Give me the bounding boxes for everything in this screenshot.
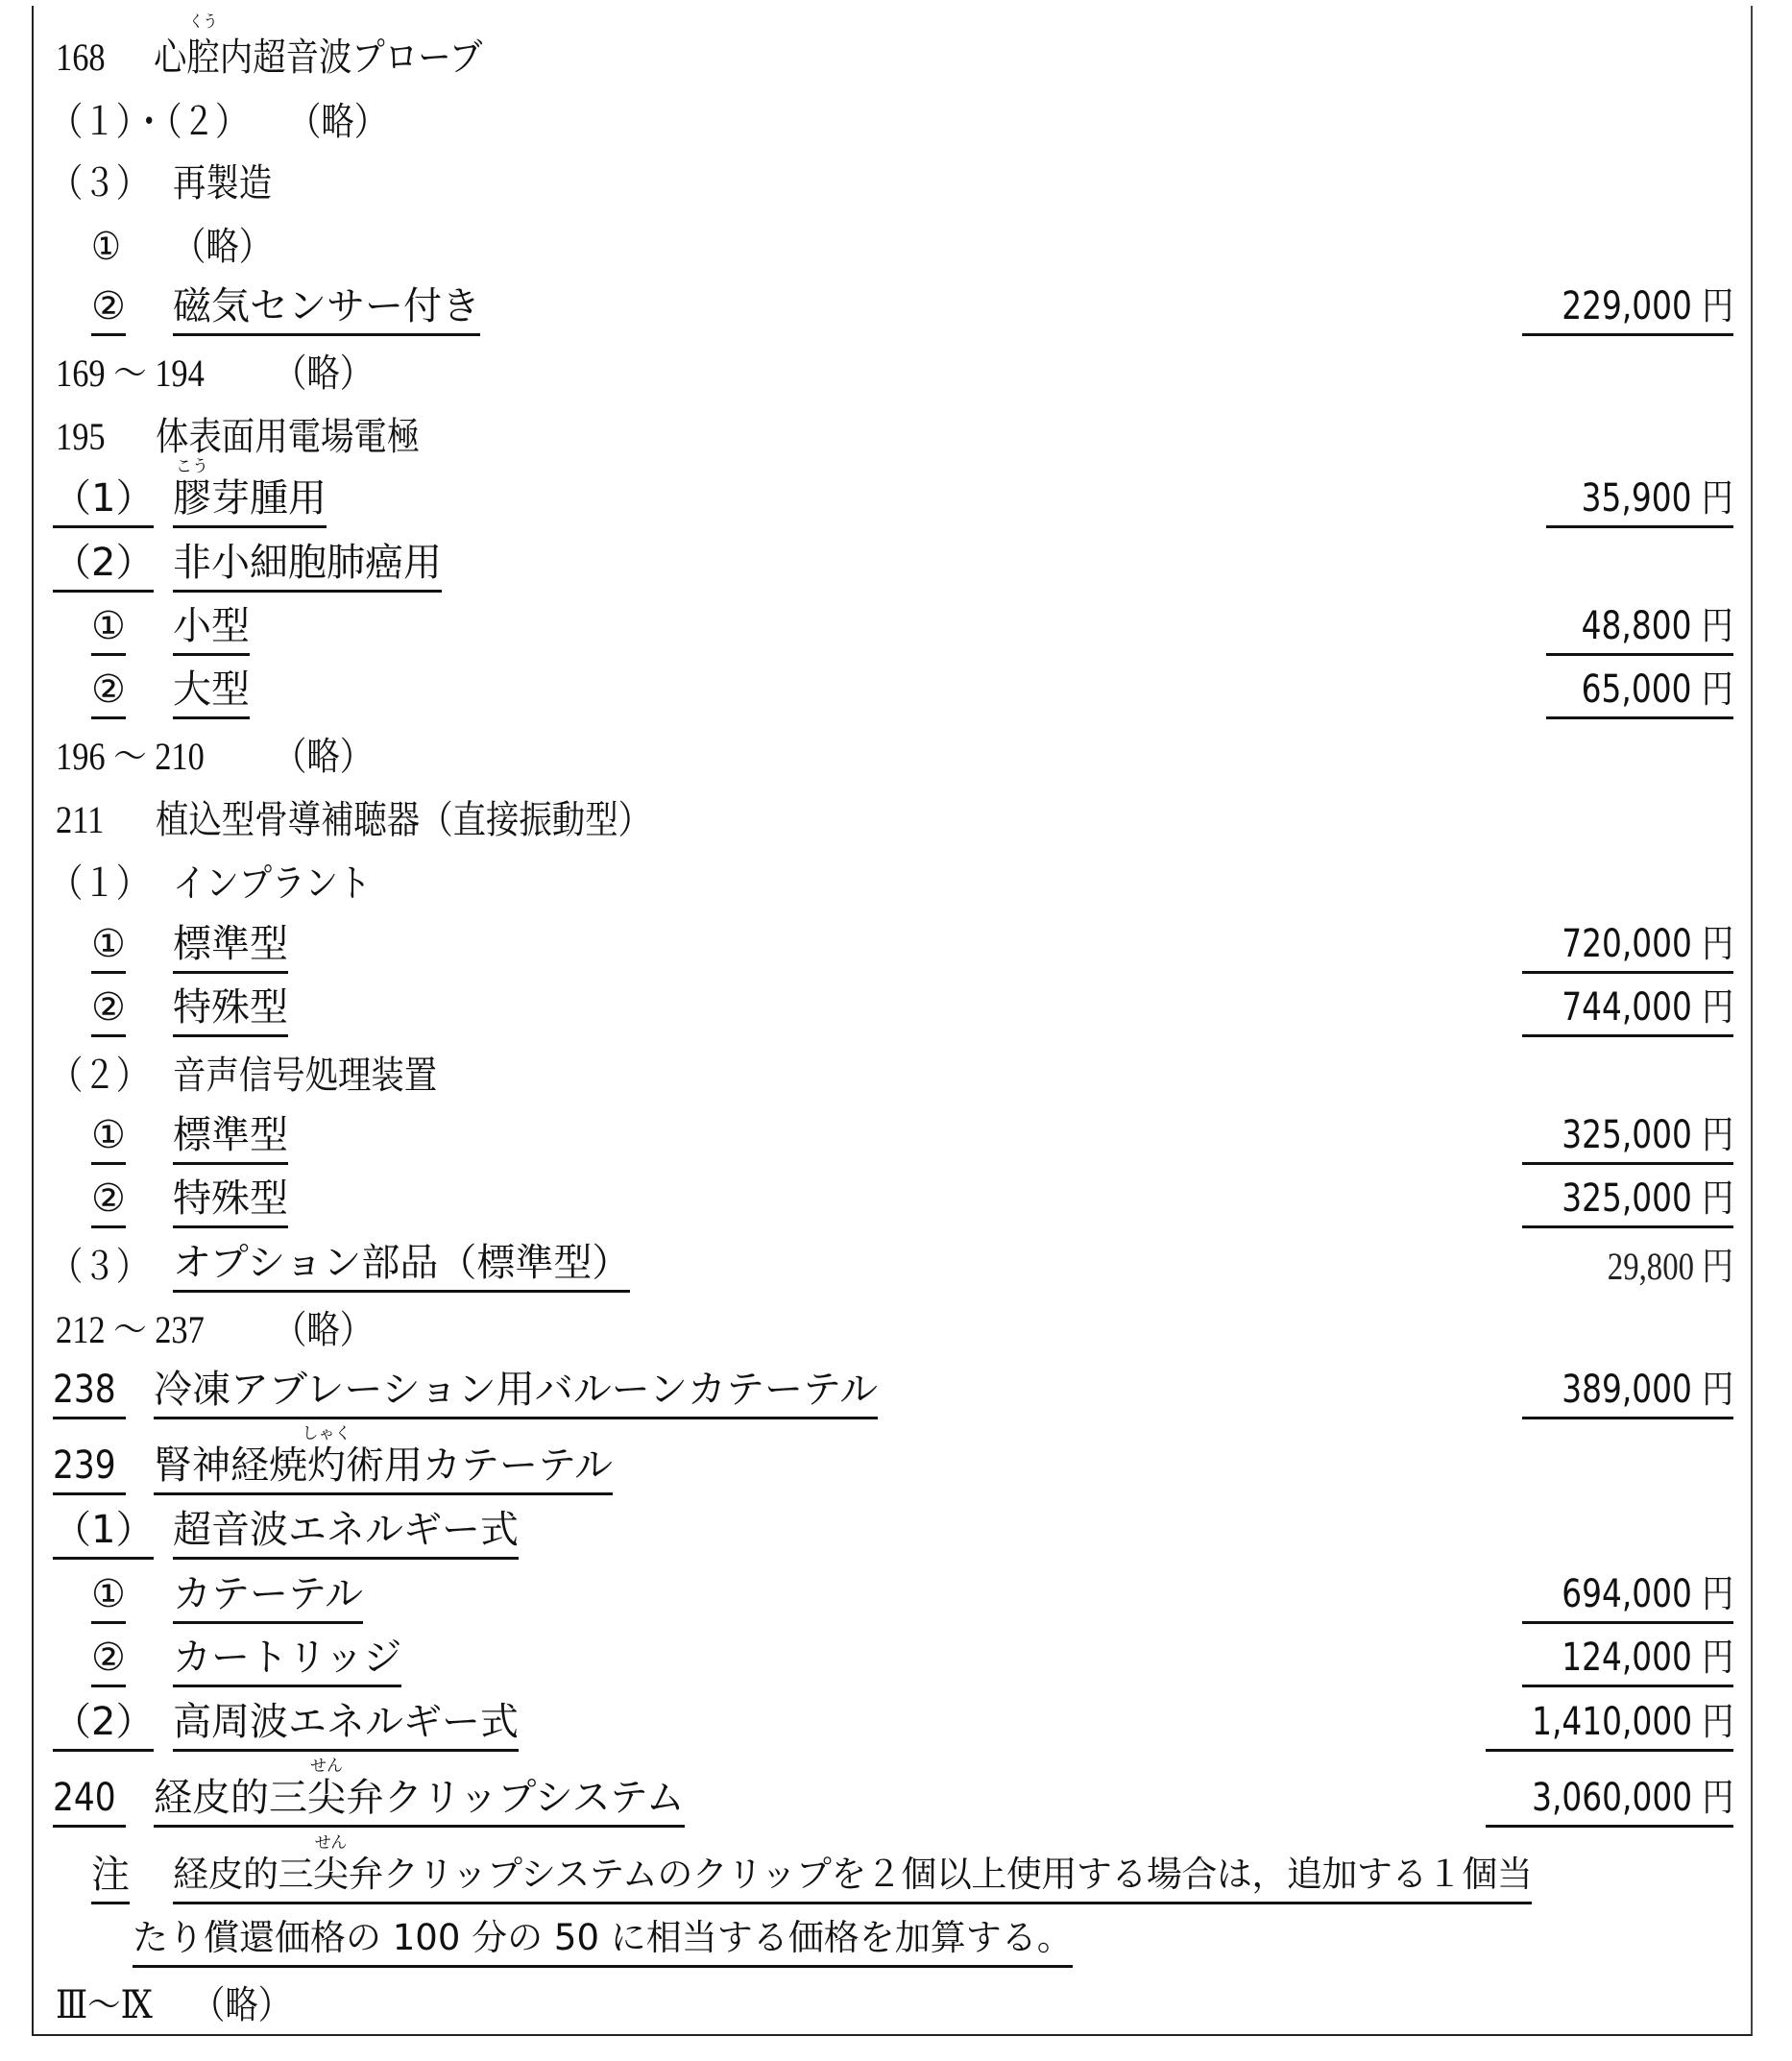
item-label: 超音波エネルギー式 — [173, 1505, 519, 1560]
item-label: カテーテル — [173, 1569, 363, 1624]
item-number: 240 — [53, 1773, 126, 1828]
item-label: 心くう腔内超音波プローブ — [154, 29, 482, 86]
item-label: 経皮的三せん尖弁クリップシステム — [154, 1773, 685, 1828]
item-239-1: （1） 超音波エネルギー式 — [0, 1505, 1792, 1563]
item-211: 211 植込型骨導補聴器（直接振動型） — [0, 791, 1792, 849]
item-number: 238 — [53, 1365, 126, 1419]
item-label: 腎神経焼しゃく灼術用カテーテル — [154, 1441, 613, 1495]
item-195: 195 体表面用電場電極 — [0, 408, 1792, 466]
item-label: 冷凍アブレーション用バルーンカテーテル — [154, 1365, 878, 1419]
item-label: こう膠芽腫用 — [173, 473, 327, 528]
item-195-2: （2） 非小細胞肺癌用 — [0, 538, 1792, 595]
item-label: 磁気センサー付き — [173, 281, 480, 336]
item-label: 大型 — [173, 665, 250, 719]
price: 3,060,000 円 — [1486, 1773, 1733, 1828]
item-label: インプラント — [173, 855, 371, 912]
item-number: （３） — [50, 155, 149, 212]
item-195-2-1: ① 小型 48,800 円 — [0, 601, 1792, 659]
ruby-reading: せん — [315, 1834, 347, 1852]
item-label: （略） — [173, 218, 272, 276]
item-number: 239 — [53, 1441, 126, 1495]
item-168-3: （３） 再製造 — [0, 155, 1792, 212]
item-240: 240 経皮的三せん尖弁クリップシステム 3,060,000 円 — [0, 1773, 1792, 1831]
item-number: 212 ～ 237 — [56, 1301, 205, 1359]
item-number: ① — [91, 218, 121, 276]
item-239-2: （2） 高周波エネルギー式 1,410,000 円 — [0, 1697, 1792, 1755]
item-label: 植込型骨導補聴器（直接振動型） — [156, 791, 651, 849]
item-label: 特殊型 — [173, 1174, 288, 1228]
item-label: （略） — [274, 728, 373, 786]
item-169-194: 169 ～ 194 （略） — [0, 345, 1792, 402]
item-number: 169 ～ 194 — [56, 345, 205, 402]
item-label: 高周波エネルギー式 — [173, 1697, 519, 1752]
ruby-char: せん尖 — [307, 1773, 346, 1823]
ruby-reading: しゃく — [303, 1425, 351, 1443]
item-number: 195 — [56, 408, 106, 466]
note-text: たり償還価格の 100 分の 50 に相当する価格を加算する。 — [133, 1913, 1073, 1968]
item-195-2-2: ② 大型 65,000 円 — [0, 665, 1792, 722]
price: 744,000 円 — [1522, 982, 1733, 1037]
item-number: 168 — [56, 29, 106, 86]
ruby-reading: くう — [189, 13, 217, 31]
item-number: ① — [91, 1110, 126, 1165]
item-number: ① — [91, 1569, 126, 1624]
item-label: 非小細胞肺癌用 — [173, 538, 442, 593]
price: 325,000 円 — [1522, 1174, 1733, 1228]
item-168: 168 心くう腔内超音波プローブ — [0, 29, 1792, 86]
item-211-2: （２） 音声信号処理装置 — [0, 1047, 1792, 1104]
item-label: 音声信号処理装置 — [173, 1047, 437, 1104]
ruby-char: こう膠 — [173, 473, 211, 523]
item-number: （１）・（２） — [50, 93, 248, 151]
item-number: （１） — [50, 855, 149, 912]
item-label: カートリッジ — [173, 1633, 401, 1687]
item-239-1-2: ② カートリッジ 124,000 円 — [0, 1633, 1792, 1690]
item-211-2-1: ① 標準型 325,000 円 — [0, 1110, 1792, 1168]
item-number: ② — [91, 665, 126, 719]
item-number: （1） — [53, 473, 154, 528]
price: 325,000 円 — [1522, 1110, 1733, 1165]
price: 65,000 円 — [1546, 665, 1733, 719]
item-238: 238 冷凍アブレーション用バルーンカテーテル 389,000 円 — [0, 1365, 1792, 1422]
item-label: （略） — [288, 93, 387, 151]
price: 389,000 円 — [1522, 1365, 1733, 1419]
item-number: （2） — [53, 1697, 154, 1752]
item-label: （略） — [192, 1976, 291, 2034]
item-label: オプション部品（標準型） — [173, 1238, 630, 1293]
item-211-1-1: ① 標準型 720,000 円 — [0, 919, 1792, 977]
ruby-char: しゃく灼 — [307, 1441, 346, 1491]
price: 229,000 円 — [1522, 281, 1733, 336]
item-number: ① — [91, 919, 126, 974]
note-marker: 注 — [91, 1850, 130, 1904]
item-number: ② — [91, 982, 126, 1037]
price: 1,410,000 円 — [1486, 1697, 1733, 1752]
price: 29,800 円 — [1580, 1238, 1733, 1296]
item-number: （２） — [50, 1047, 149, 1104]
ruby-reading: せん — [310, 1758, 343, 1775]
item-number: ① — [91, 601, 126, 656]
item-number: ② — [91, 1174, 126, 1228]
price: 720,000 円 — [1522, 919, 1733, 974]
item-211-2-2: ② 特殊型 325,000 円 — [0, 1174, 1792, 1231]
item-211-1-2: ② 特殊型 744,000 円 — [0, 982, 1792, 1040]
item-number: ② — [91, 281, 126, 336]
item-number: （３） — [50, 1238, 149, 1296]
item-212-237: 212 ～ 237 （略） — [0, 1301, 1792, 1359]
price: 694,000 円 — [1522, 1569, 1733, 1624]
note-line-1: 注 経皮的三せん尖弁クリップシステムのクリップを２個以上使用する場合は，追加する… — [0, 1850, 1792, 1907]
ruby-char: せん尖 — [313, 1850, 349, 1900]
item-number: 211 — [56, 791, 104, 849]
item-label: （略） — [274, 1301, 373, 1359]
item-number: ② — [91, 1633, 126, 1687]
item-168-3-2: ② 磁気センサー付き 229,000 円 — [0, 281, 1792, 339]
item-239-1-1: ① カテーテル 694,000 円 — [0, 1569, 1792, 1627]
item-196-210: 196 ～ 210 （略） — [0, 728, 1792, 786]
price: 48,800 円 — [1546, 601, 1733, 656]
item-168-3-1: ① （略） — [0, 218, 1792, 276]
ruby-reading: こう — [176, 458, 208, 475]
item-168-1-2: （１）・（２） （略） — [0, 93, 1792, 151]
item-number: （1） — [53, 1505, 154, 1560]
price: 35,900 円 — [1546, 473, 1733, 528]
item-label: 標準型 — [173, 919, 288, 974]
item-III-IX: Ⅲ～Ⅸ （略） — [0, 1976, 1792, 2034]
item-label: 特殊型 — [173, 982, 288, 1037]
note-line-2: たり償還価格の 100 分の 50 に相当する価格を加算する。 — [0, 1913, 1792, 1971]
item-211-3: （３） オプション部品（標準型） 29,800 円 — [0, 1238, 1792, 1296]
item-239: 239 腎神経焼しゃく灼術用カテーテル — [0, 1441, 1792, 1498]
item-number: Ⅲ～Ⅸ — [56, 1976, 153, 2034]
price: 124,000 円 — [1522, 1633, 1733, 1687]
item-number: 196 ～ 210 — [56, 728, 205, 786]
item-label: 小型 — [173, 601, 250, 656]
ruby-char: くう腔 — [186, 29, 219, 86]
item-label: （略） — [274, 345, 373, 402]
item-195-1: （1） こう膠芽腫用 35,900 円 — [0, 473, 1792, 531]
note-text: 経皮的三せん尖弁クリップシステムのクリップを２個以上使用する場合は，追加する１個… — [173, 1850, 1532, 1904]
item-number: （2） — [53, 538, 154, 593]
item-label: 標準型 — [173, 1110, 288, 1165]
item-label: 再製造 — [173, 155, 272, 212]
item-211-1: （１） インプラント — [0, 855, 1792, 912]
